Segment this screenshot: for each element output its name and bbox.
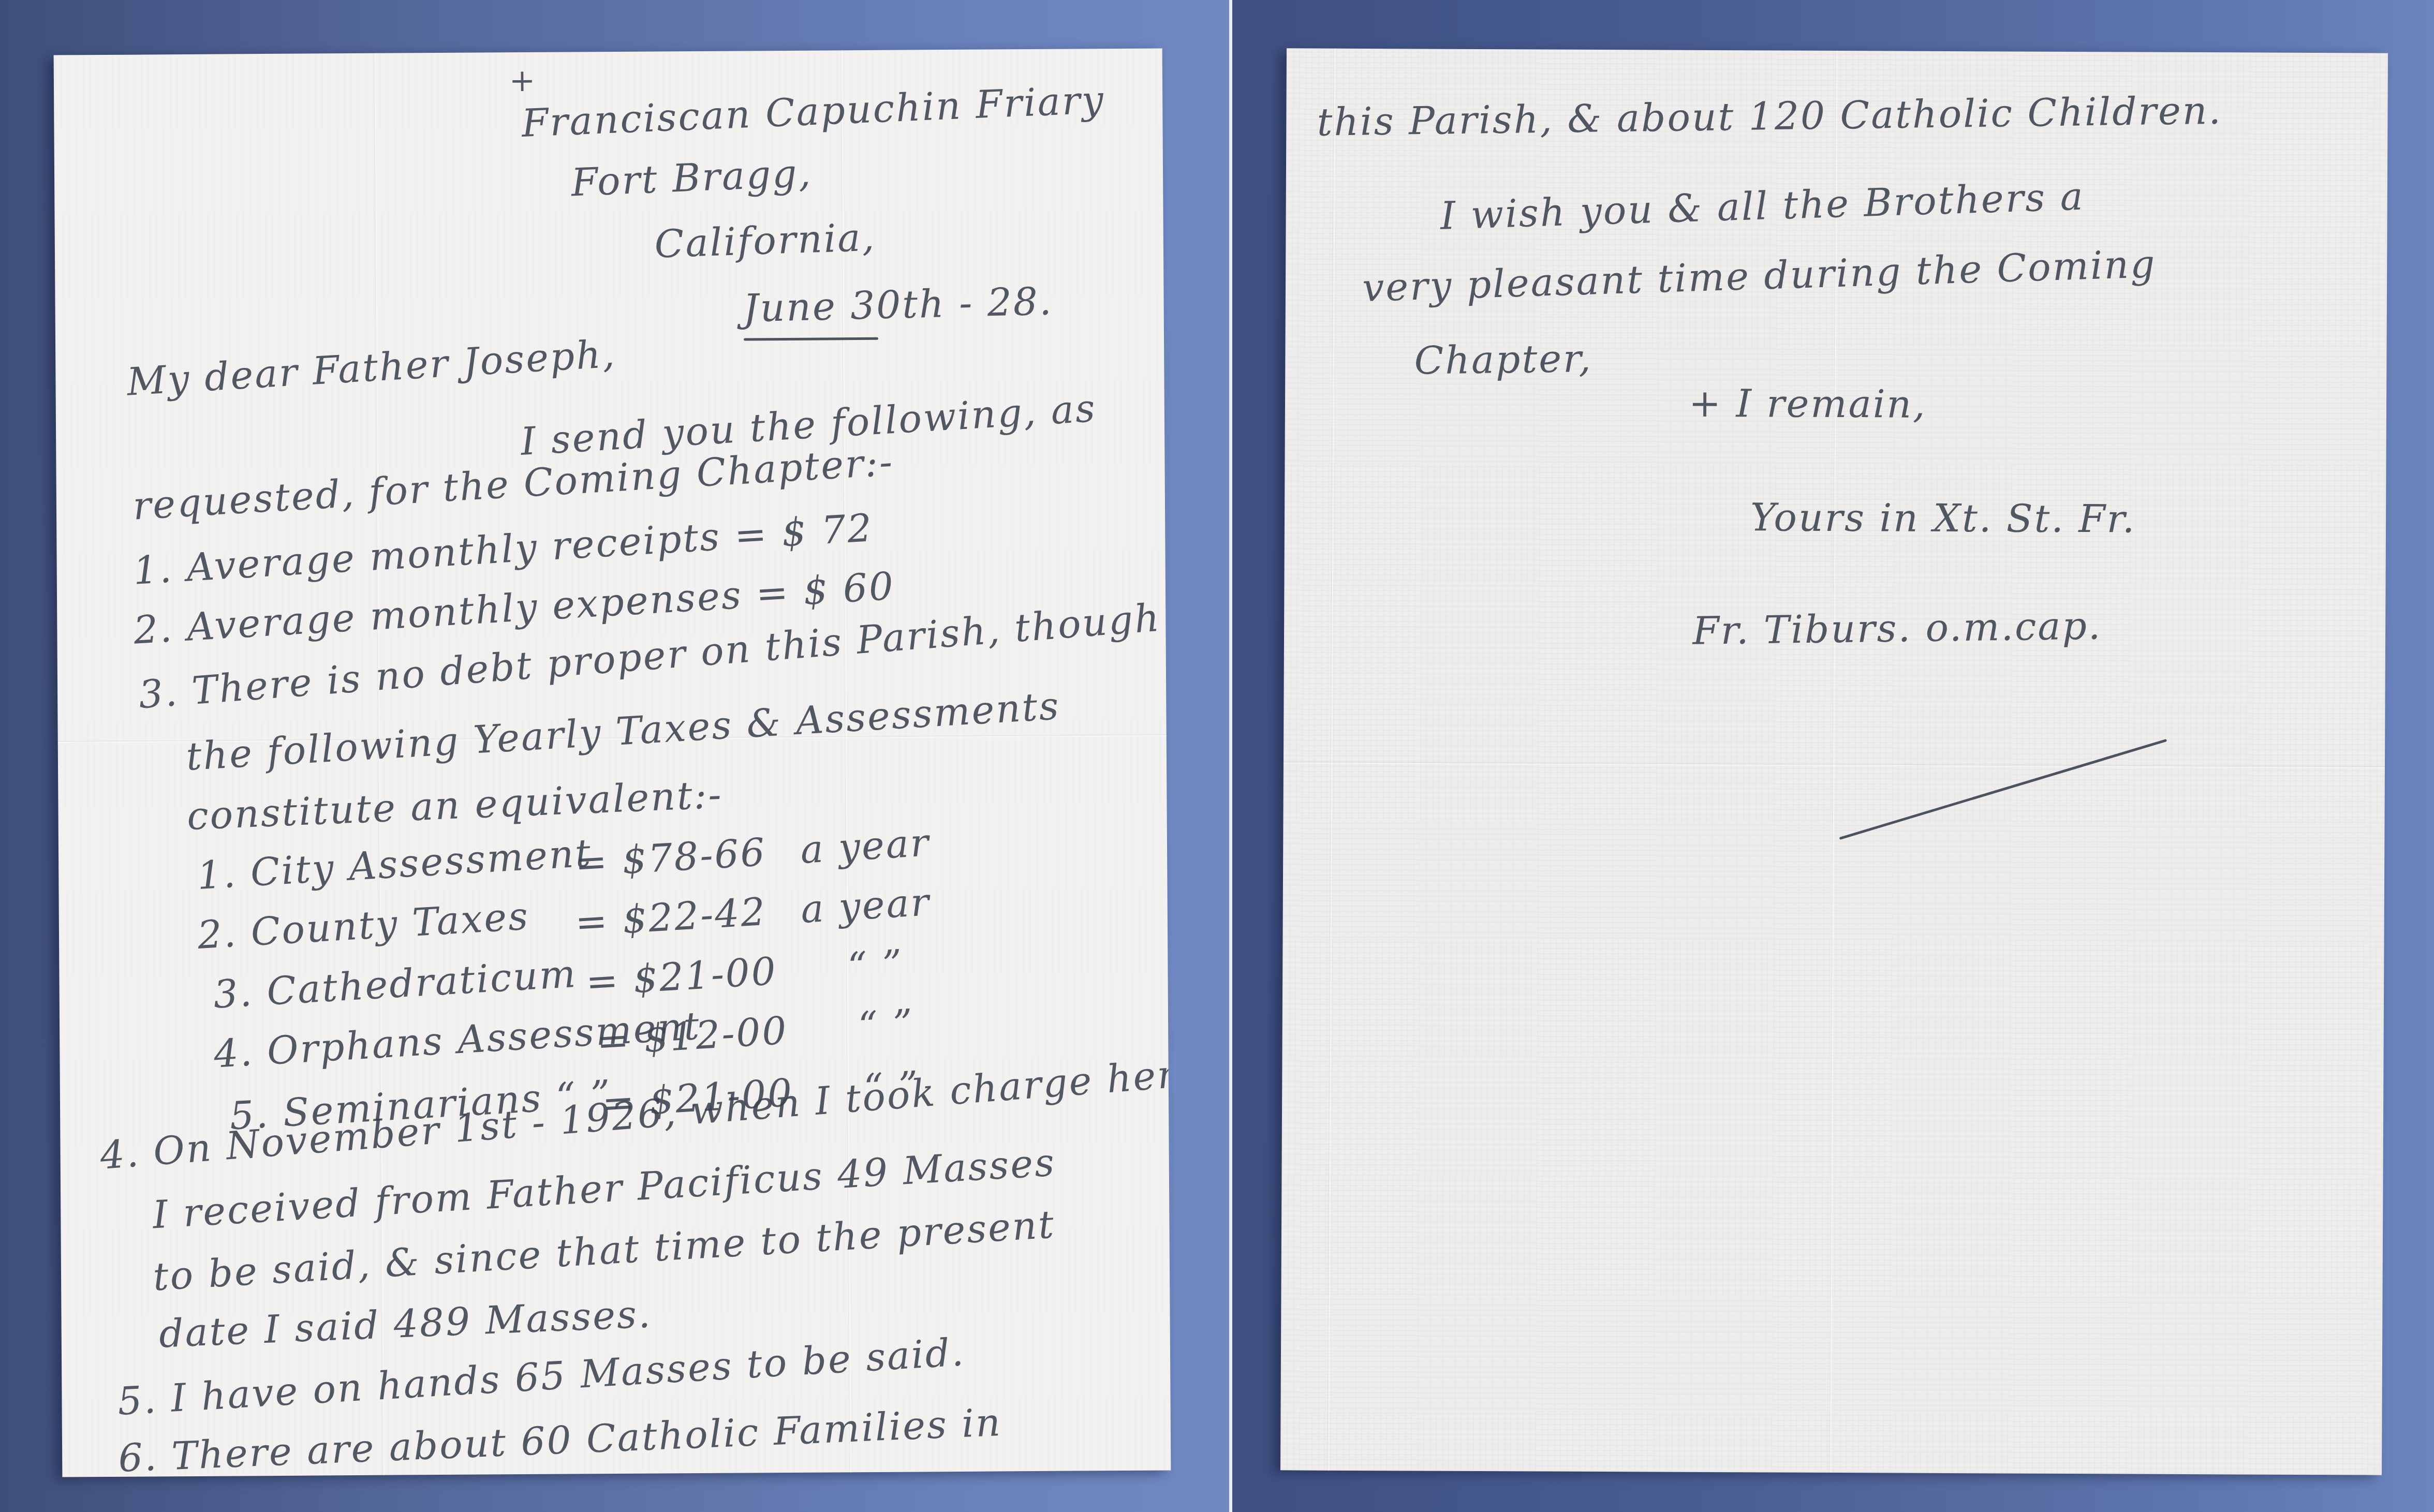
assessment-num: 2. — [196, 911, 239, 958]
item-4-line4: date I said 489 Masses. — [158, 1292, 653, 1356]
assessment-amount: = $22-42 — [574, 890, 768, 945]
assessment-label: City Assessment — [249, 831, 594, 895]
letterhead-line2: Fort Bragg, — [570, 151, 813, 205]
closing-remain: + I remain, — [1689, 381, 1927, 427]
assessment-period: “ ” — [857, 1001, 916, 1048]
salutation: My dear Father Joseph, — [126, 332, 617, 405]
assessment-period: a year — [799, 820, 931, 872]
assessment-label: County Taxes — [249, 894, 530, 955]
letter-date: June 30th - 28. — [743, 279, 1053, 331]
assessment-period: a year — [800, 880, 932, 932]
assessment-amount-row: = $78-66 a year — [573, 820, 931, 885]
assessment-num: 3. — [212, 970, 255, 1017]
closing-line1: I wish you & all the Brothers a — [1440, 174, 2085, 239]
item-2-num: 2. — [132, 606, 175, 653]
assessment-num: 1. — [196, 852, 239, 898]
letterhead-line3: California, — [654, 215, 876, 267]
closing-line3: Chapter, — [1414, 336, 1592, 383]
assessment-amount-row: = $21-00 “ ” — [585, 942, 905, 1005]
date-underline — [744, 337, 878, 341]
letter-page-2: this Parish, & about 120 Catholic Childr… — [1280, 48, 2388, 1475]
letterhead-line1: Franciscan Capuchin Friary — [521, 78, 1105, 146]
item-3-continuation-2: constitute an equivalent:- — [186, 773, 724, 839]
assessment-period: “ ” — [846, 942, 905, 989]
assessment-row: 3. Cathedraticum — [212, 952, 578, 1017]
closing-yours: Yours in Xt. St. Fr. — [1750, 495, 2136, 541]
closing-line2: very pleasant time during the Coming — [1362, 242, 2157, 310]
cross-mark: + — [509, 63, 537, 99]
assessment-row: 2. County Taxes — [196, 894, 530, 958]
letter-page-1: + Franciscan Capuchin Friary Fort Bragg,… — [54, 48, 1171, 1477]
assessment-num: 4. — [213, 1030, 255, 1076]
assessment-row: 1. City Assessment — [196, 831, 594, 898]
item-1-num: 1. — [132, 546, 174, 593]
signature: Fr. Tiburs. o.m.cap. — [1692, 603, 2102, 653]
assessment-amount-row: = $22-42 a year — [574, 880, 932, 945]
page2-continuation: this Parish, & about 120 Catholic Childr… — [1317, 88, 2222, 145]
assessment-amount: = $78-66 — [573, 830, 767, 885]
assessment-amount: = $21-00 — [585, 949, 778, 1004]
assessment-label: Cathedraticum — [265, 952, 578, 1014]
signature-flourish — [1839, 739, 2167, 840]
item-3-num: 3. — [137, 670, 180, 718]
